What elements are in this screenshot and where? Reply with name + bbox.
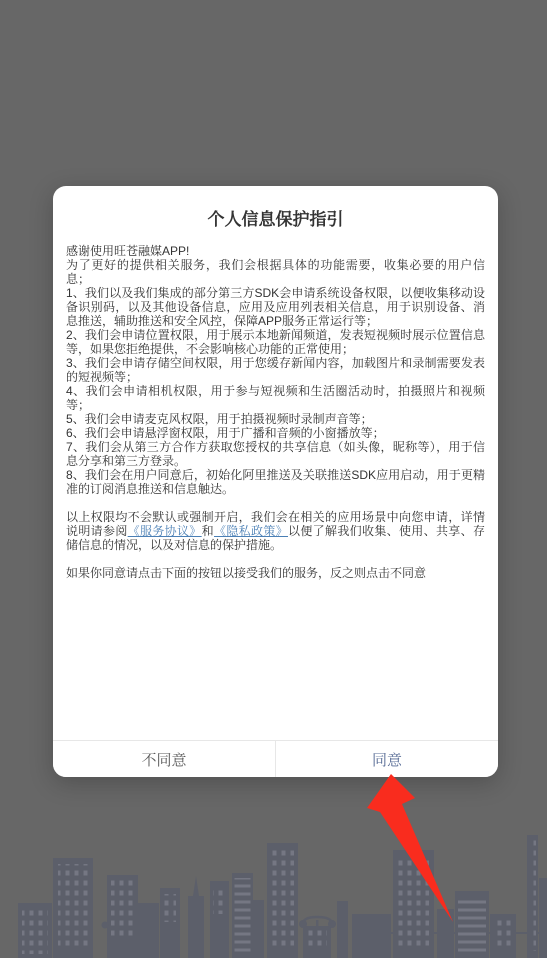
paragraph-agreements: 以上权限均不会默认或强制开启，我们会在相关的应用场景中向您申请，详情说明请参阅《… xyxy=(66,510,485,552)
paragraph-item-2: 2、我们会申请位置权限，用于展示本地新闻频道，发表短视频时展示位置信息等，如果您… xyxy=(66,328,485,356)
paragraph-item-5: 5、我们会申请麦克风权限，用于拍摄视频时录制声音等； xyxy=(66,412,485,426)
paragraph-intro: 为了更好的提供相关服务，我们会根据具体的功能需要，收集必要的用户信息； xyxy=(66,258,485,286)
disagree-button[interactable]: 不同意 xyxy=(53,741,275,777)
app-screen: 个人信息保护指引 感谢使用旺苍融媒APP! 为了更好的提供相关服务，我们会根据具… xyxy=(0,0,547,958)
agree-button[interactable]: 同意 xyxy=(276,741,498,777)
paragraph-closing: 如果你同意请点击下面的按钮以接受我们的服务，反之则点击不同意 xyxy=(66,566,485,580)
paragraph-item-8: 8、我们会在用户同意后，初始化阿里推送及关联推送SDK应用启动，用于更精准的订阅… xyxy=(66,468,485,496)
paragraph-item-1: 1、我们以及我们集成的部分第三方SDK会申请系统设备权限，以便收集移动设备识别码… xyxy=(66,286,485,328)
paragraph-item-4: 4、我们会申请相机权限，用于参与短视频和生活圈活动时，拍摄照片和视频等； xyxy=(66,384,485,412)
agreement-text-middle: 和 xyxy=(202,524,214,538)
paragraph-thanks: 感谢使用旺苍融媒APP! xyxy=(66,244,485,258)
paragraph-item-7: 7、我们会从第三方合作方获取您授权的共享信息（如头像，昵称等），用于信息分享和第… xyxy=(66,440,485,468)
service-agreement-link[interactable]: 《服务协议》 xyxy=(128,524,202,538)
city-skyline-illustration xyxy=(0,818,547,958)
privacy-guide-dialog: 个人信息保护指引 感谢使用旺苍融媒APP! 为了更好的提供相关服务，我们会根据具… xyxy=(53,186,498,777)
dialog-button-row: 不同意 同意 xyxy=(53,740,498,777)
paragraph-item-3: 3、我们会申请存储空间权限，用于您缓存新闻内容，加载图片和录制需要发表的短视频等… xyxy=(66,356,485,384)
dialog-body-text: 感谢使用旺苍融媒APP! 为了更好的提供相关服务，我们会根据具体的功能需要，收集… xyxy=(53,244,498,580)
dialog-title: 个人信息保护指引 xyxy=(53,209,498,231)
paragraph-item-6: 6、我们会申请悬浮窗权限，用于广播和音频的小窗播放等； xyxy=(66,426,485,440)
dialog-spacer xyxy=(53,580,498,740)
privacy-policy-link[interactable]: 《隐私政策》 xyxy=(214,524,288,538)
